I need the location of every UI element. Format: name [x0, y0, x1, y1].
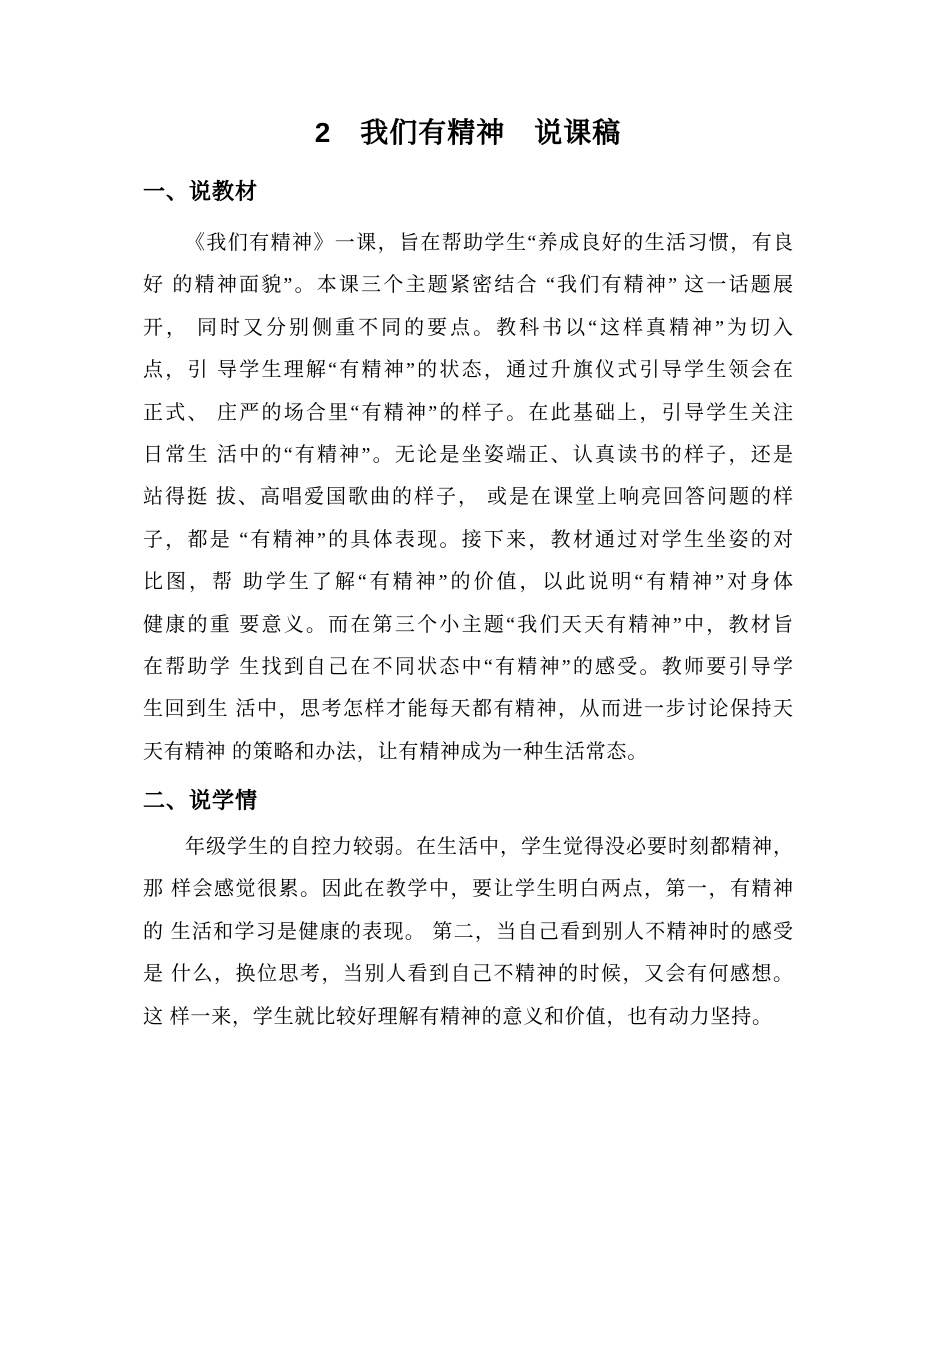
text-line: 好 的精神面貌”。本课三个主题紧密结合 “我们有精神” 这一话题展 — [143, 264, 793, 306]
section-2-paragraph: 年级学生的自控力较弱。在生活中，学生觉得没必要时刻都精神， 那 样会感觉很累。因… — [143, 826, 793, 1038]
text-line: 这 样一来，学生就比较好理解有精神的意义和价值，也有动力坚持。 — [143, 996, 793, 1038]
text-line: 健康的重 要意义。而在第三个小主题“我们天天有精神”中，教材旨 — [143, 604, 793, 646]
text-line: 点，引 导学生理解“有精神”的状态，通过升旗仪式引导学生领会在 — [143, 349, 793, 391]
section-heading-2: 二、说学情 — [143, 786, 793, 816]
text-line: 日常生 活中的“有精神”。无论是坐姿端正、认真读书的样子，还是 — [143, 434, 793, 476]
text-line: 比图，帮 助学生了解“有精神”的价值，以此说明“有精神”对身体 — [143, 561, 793, 603]
text-line: 年级学生的自控力较弱。在生活中，学生觉得没必要时刻都精神， — [143, 826, 793, 868]
text-line: 《我们有精神》一课，旨在帮助学生“养成良好的生活习惯，有良 — [143, 222, 793, 264]
document-page: 2 我们有精神 说课稿 一、说教材 《我们有精神》一课，旨在帮助学生“养成良好的… — [143, 0, 793, 1038]
text-line: 子，都是 “有精神”的具体表现。接下来，教材通过对学生坐姿的对 — [143, 519, 793, 561]
section-1-paragraph: 《我们有精神》一课，旨在帮助学生“养成良好的生活习惯，有良 好 的精神面貌”。本… — [143, 222, 793, 773]
text-line: 正式、 庄严的场合里“有精神”的样子。在此基础上，引导学生关注 — [143, 392, 793, 434]
text-line: 天有精神 的策略和办法，让有精神成为一种生活常态。 — [143, 731, 793, 773]
text-line: 开， 同时又分别侧重不同的要点。教科书以“这样真精神”为切入 — [143, 307, 793, 349]
text-line: 在帮助学 生找到自己在不同状态中“有精神”的感受。教师要引导学 — [143, 646, 793, 688]
document-title: 2 我们有精神 说课稿 — [143, 113, 793, 153]
text-line: 那 样会感觉很累。因此在教学中，要让学生明白两点，第一，有精神 — [143, 868, 793, 910]
text-line: 生回到生 活中，思考怎样才能每天都有精神，从而进一步讨论保持天 — [143, 688, 793, 730]
section-heading-1: 一、说教材 — [143, 177, 793, 207]
text-line: 是 什么，换位思考，当别人看到自己不精神的时候，又会有何感想。 — [143, 953, 793, 995]
text-line: 站得挺 拔、高唱爱国歌曲的样子， 或是在课堂上响亮回答问题的样 — [143, 476, 793, 518]
text-line: 的 生活和学习是健康的表现。 第二，当自己看到别人不精神时的感受 — [143, 911, 793, 953]
